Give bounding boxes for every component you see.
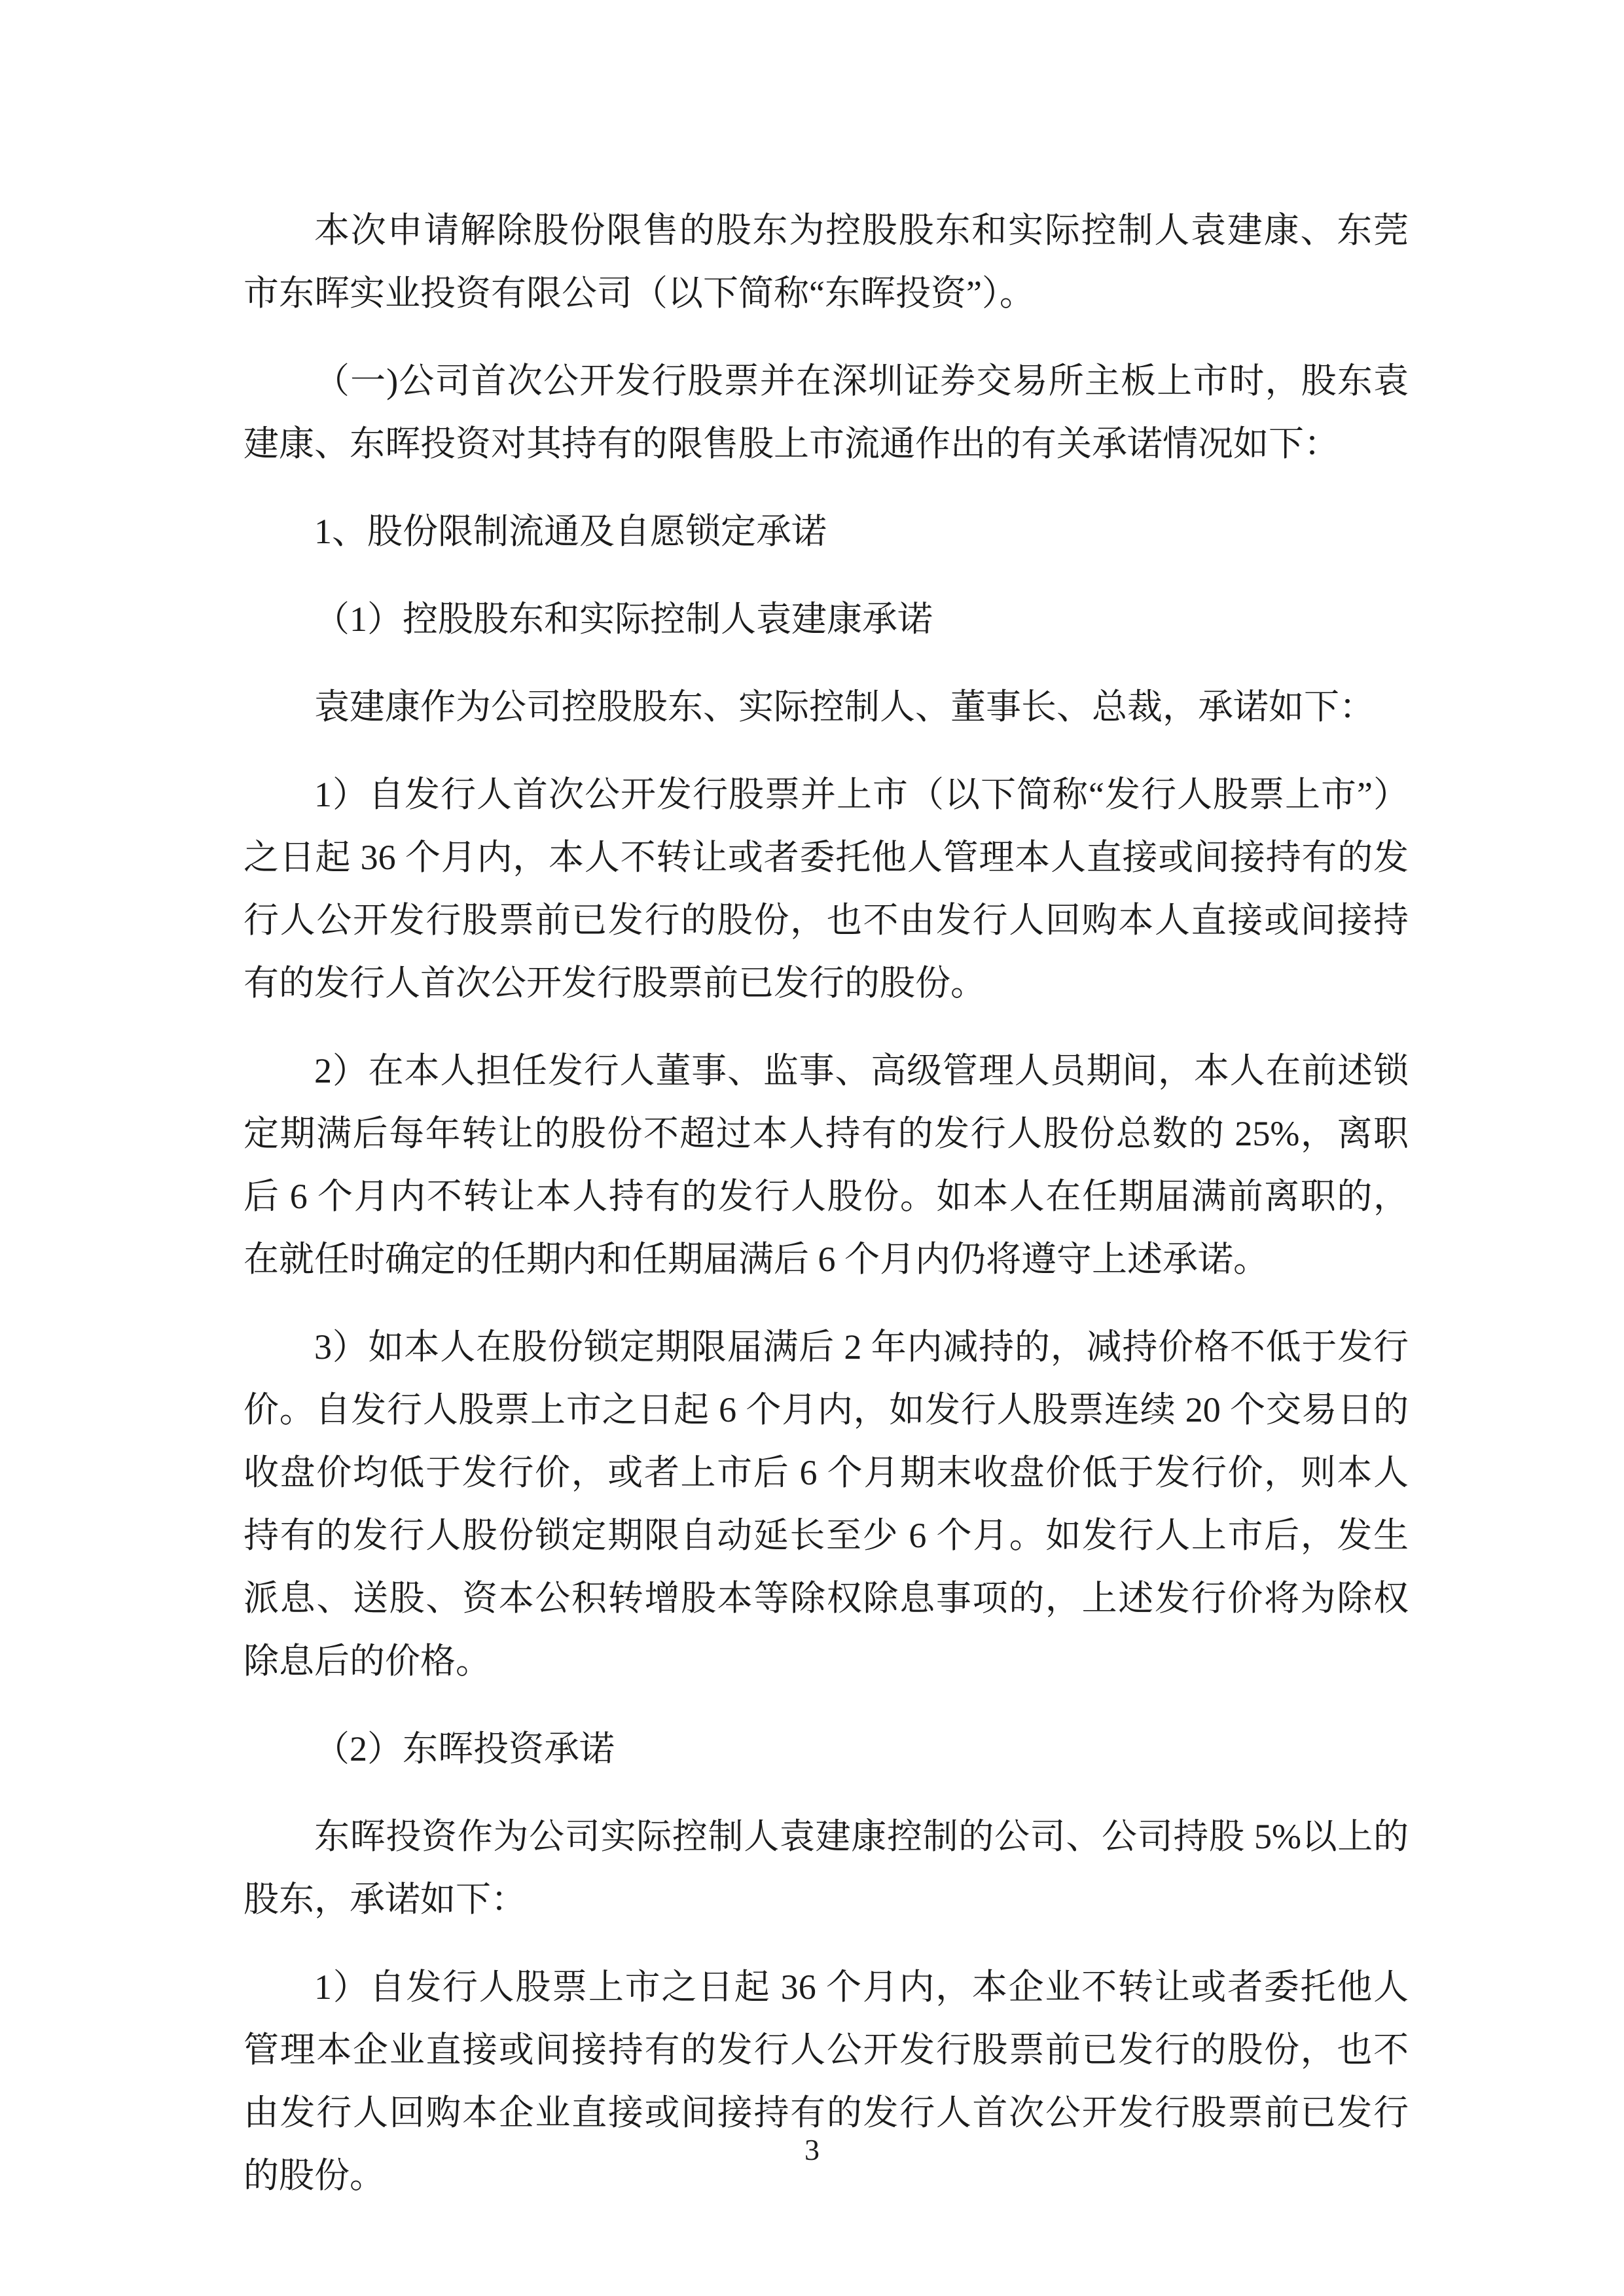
paragraph: 本次申请解除股份限售的股东为控股股东和实际控制人袁建康、东莞市东晖实业投资有限公… bbox=[244, 199, 1409, 325]
page-number: 3 bbox=[0, 2135, 1624, 2165]
document-page: 本次申请解除股份限售的股东为控股股东和实际控制人袁建康、东莞市东晖实业投资有限公… bbox=[0, 0, 1624, 2296]
paragraph: 3）如本人在股份锁定期限届满后 2 年内减持的，减持价格不低于发行价。自发行人股… bbox=[244, 1316, 1409, 1693]
paragraph-heading: （2）东晖投资承诺 bbox=[244, 1717, 1409, 1780]
paragraph: 1）自发行人股票上市之日起 36 个月内，本企业不转让或者委托他人管理本企业直接… bbox=[244, 1956, 1409, 2207]
paragraph: （一)公司首次公开发行股票并在深圳证券交易所主板上市时，股东袁建康、东晖投资对其… bbox=[244, 350, 1409, 475]
paragraph: 东晖投资作为公司实际控制人袁建康控制的公司、公司持股 5%以上的股东，承诺如下： bbox=[244, 1805, 1409, 1931]
paragraph-heading: 1、股份限制流通及自愿锁定承诺 bbox=[244, 500, 1409, 563]
document-body: 本次申请解除股份限售的股东为控股股东和实际控制人袁建康、东莞市东晖实业投资有限公… bbox=[244, 199, 1409, 2207]
paragraph: 1）自发行人首次公开发行股票并上市（以下简称“发行人股票上市”）之日起 36 个… bbox=[244, 763, 1409, 1014]
paragraph: 袁建康作为公司控股股东、实际控制人、董事长、总裁，承诺如下： bbox=[244, 675, 1409, 738]
paragraph-heading: （1）控股股东和实际控制人袁建康承诺 bbox=[244, 588, 1409, 651]
paragraph: 2）在本人担任发行人董事、监事、高级管理人员期间，本人在前述锁定期满后每年转让的… bbox=[244, 1039, 1409, 1291]
